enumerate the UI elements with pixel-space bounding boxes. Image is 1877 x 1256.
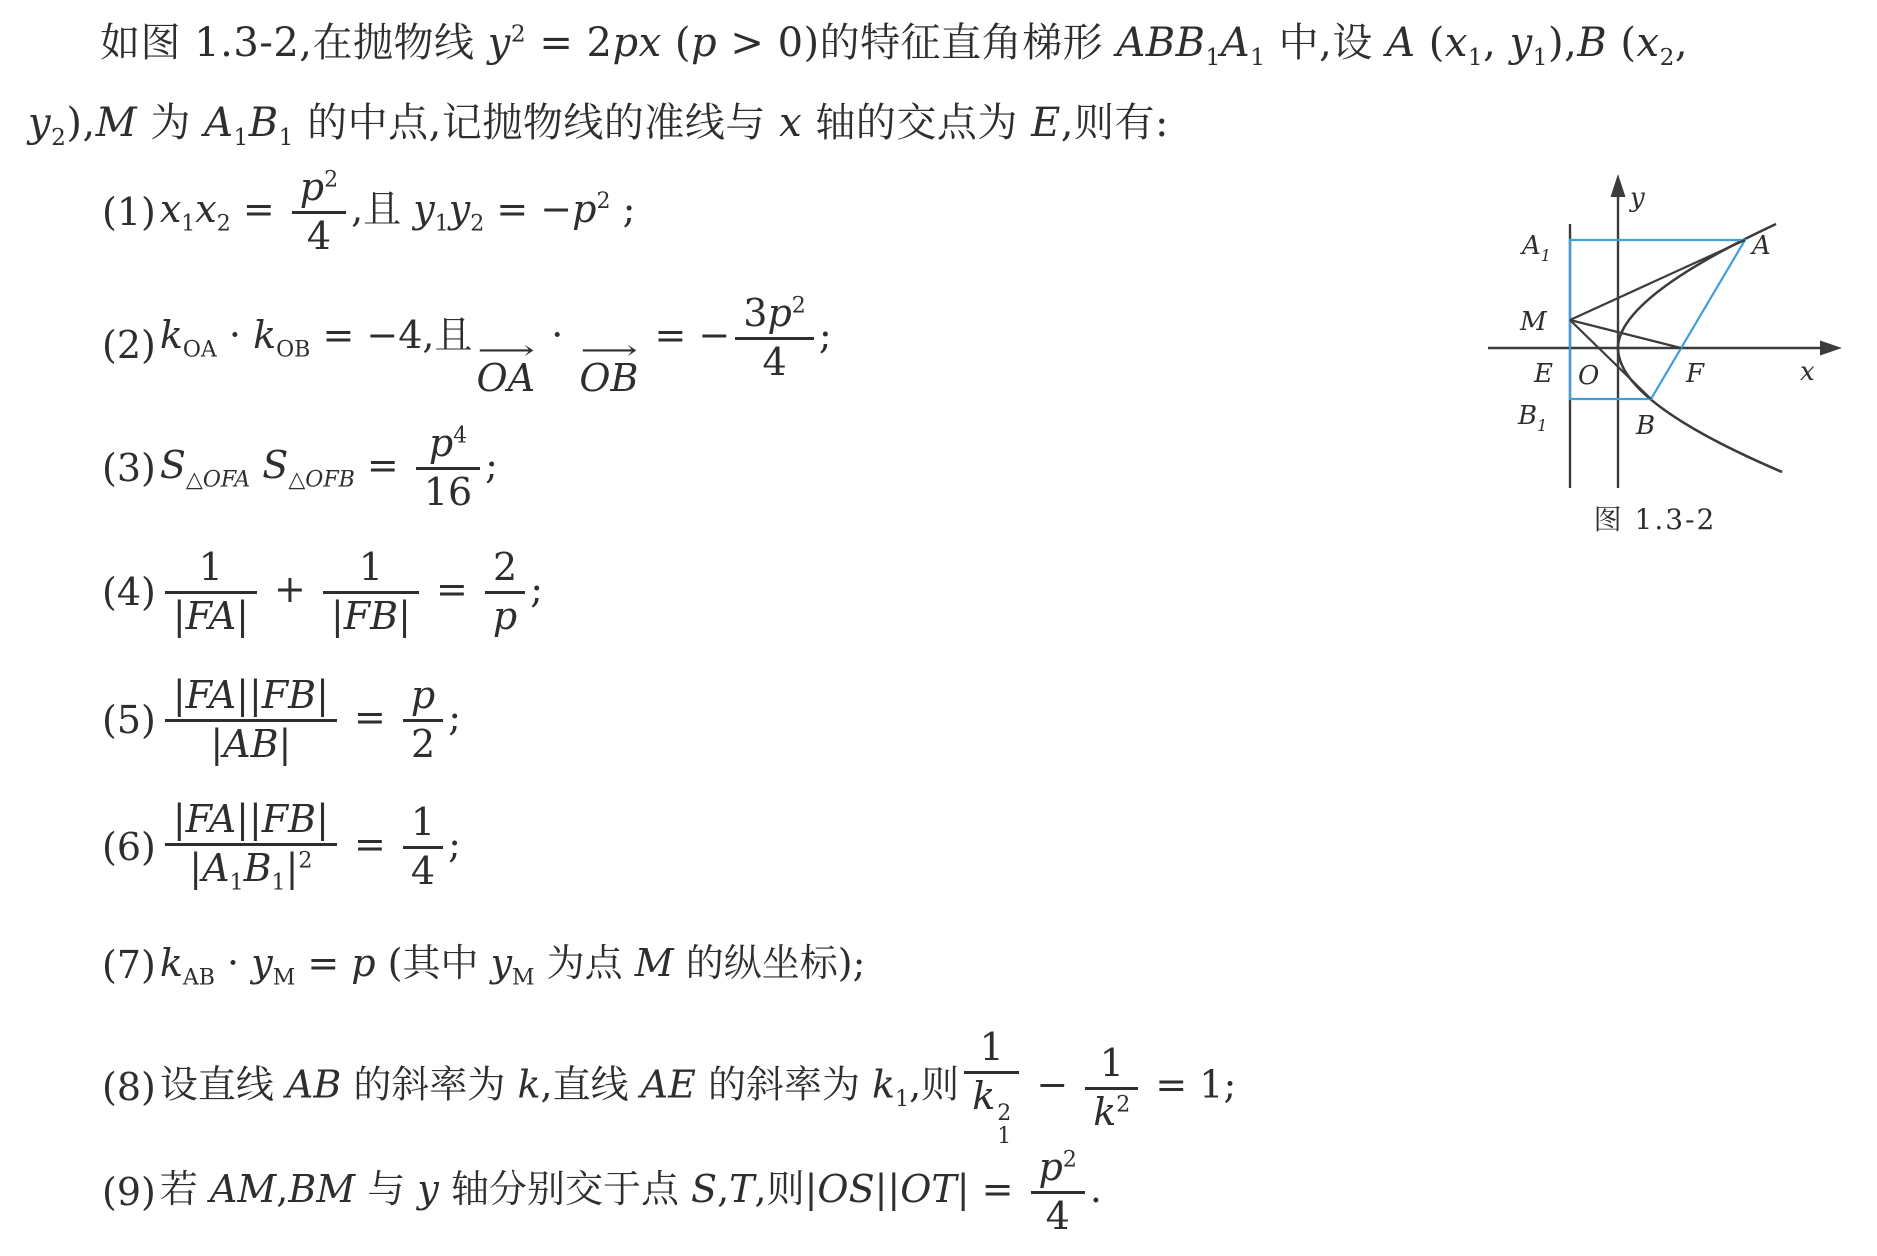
formula-item-3: (3) S△OFA S△OFB = p416; (102, 424, 498, 513)
formula-item-1: (1) x1x2 = p24,且 y1y2 = −p2 ; (102, 168, 635, 257)
formula: 若 AM,BM 与 y 轴分别交于点 S,T,则|OS||OT| = p24. (160, 1148, 1102, 1237)
formula: 设直线 AB 的斜率为 k,直线 AE 的斜率为 k1,则1k21 − 1k2 … (160, 1028, 1236, 1148)
formula-item-4: (4) 1|FA| + 1|FB| = 2p; (102, 548, 543, 637)
item-label: (3) (102, 445, 156, 493)
label-point-A: A (1750, 231, 1771, 261)
formula: 1|FA| + 1|FB| = 2p; (160, 548, 543, 637)
formula: kOA · kOB = −4,且⟶OA · ⟶OB = −3p24; (160, 294, 832, 397)
formula: x1x2 = p24,且 y1y2 = −p2 ; (160, 168, 636, 257)
item-label: (8) (102, 1064, 156, 1112)
label-point-M: M (1519, 307, 1548, 337)
label-point-A1: A1 (1520, 231, 1551, 265)
intro-line-1: 如图 1.3-2,在抛物线 y2 = 2px (p > 0)的特征直角梯形 AB… (100, 16, 1688, 73)
figure-caption: 图 1.3-2 (1545, 498, 1765, 538)
formula: |FA||FB||AB| = p2; (160, 676, 461, 765)
label-point-F: F (1685, 359, 1705, 389)
label-point-E: E (1533, 359, 1553, 389)
intro-line-2: y2),M 为 A1B1 的中点,记抛物线的准线与 x 轴的交点为 E,则有: (28, 96, 1169, 153)
item-label: (2) (102, 322, 156, 370)
item-label: (9) (102, 1169, 156, 1217)
y-axis-arrowhead (1611, 174, 1626, 197)
formula-item-6: (6) |FA||FB||A1B1|2 = 14; (102, 800, 461, 895)
label-point-O: O (1578, 361, 1599, 391)
segment-MA (1570, 240, 1745, 320)
formula: S△OFA S△OFB = p416; (160, 424, 498, 513)
item-label: (7) (102, 942, 156, 990)
formula-item-5: (5) |FA||FB||AB| = p2; (102, 676, 461, 765)
figure-1-3-2: y x A1 A M E O F B1 B 图 1.3-2 (1480, 140, 1877, 570)
formula-item-9: (9) 若 AM,BM 与 y 轴分别交于点 S,T,则|OS||OT| = p… (102, 1148, 1102, 1237)
item-label: (5) (102, 697, 156, 745)
textbook-page: 如图 1.3-2,在抛物线 y2 = 2px (p > 0)的特征直角梯形 AB… (0, 0, 1877, 1256)
formula-item-2: (2) kOA · kOB = −4,且⟶OA · ⟶OB = −3p24; (102, 294, 832, 397)
formula-item-7: (7) kAB · yM = p (其中 yM 为点 M 的纵坐标); (102, 940, 865, 992)
label-x-axis: x (1800, 357, 1815, 387)
item-label: (6) (102, 824, 156, 872)
x-axis-arrowhead (1820, 341, 1842, 356)
item-label: (4) (102, 569, 156, 617)
label-point-B1: B1 (1517, 401, 1547, 435)
item-label: (1) (102, 189, 156, 237)
label-y-axis: y (1629, 183, 1645, 213)
formula: |FA||FB||A1B1|2 = 14; (160, 800, 461, 895)
label-point-B: B (1635, 411, 1655, 441)
formula-item-8: (8) 设直线 AB 的斜率为 k,直线 AE 的斜率为 k1,则1k21 − … (102, 1028, 1236, 1148)
formula: kAB · yM = p (其中 yM 为点 M 的纵坐标); (160, 940, 866, 992)
